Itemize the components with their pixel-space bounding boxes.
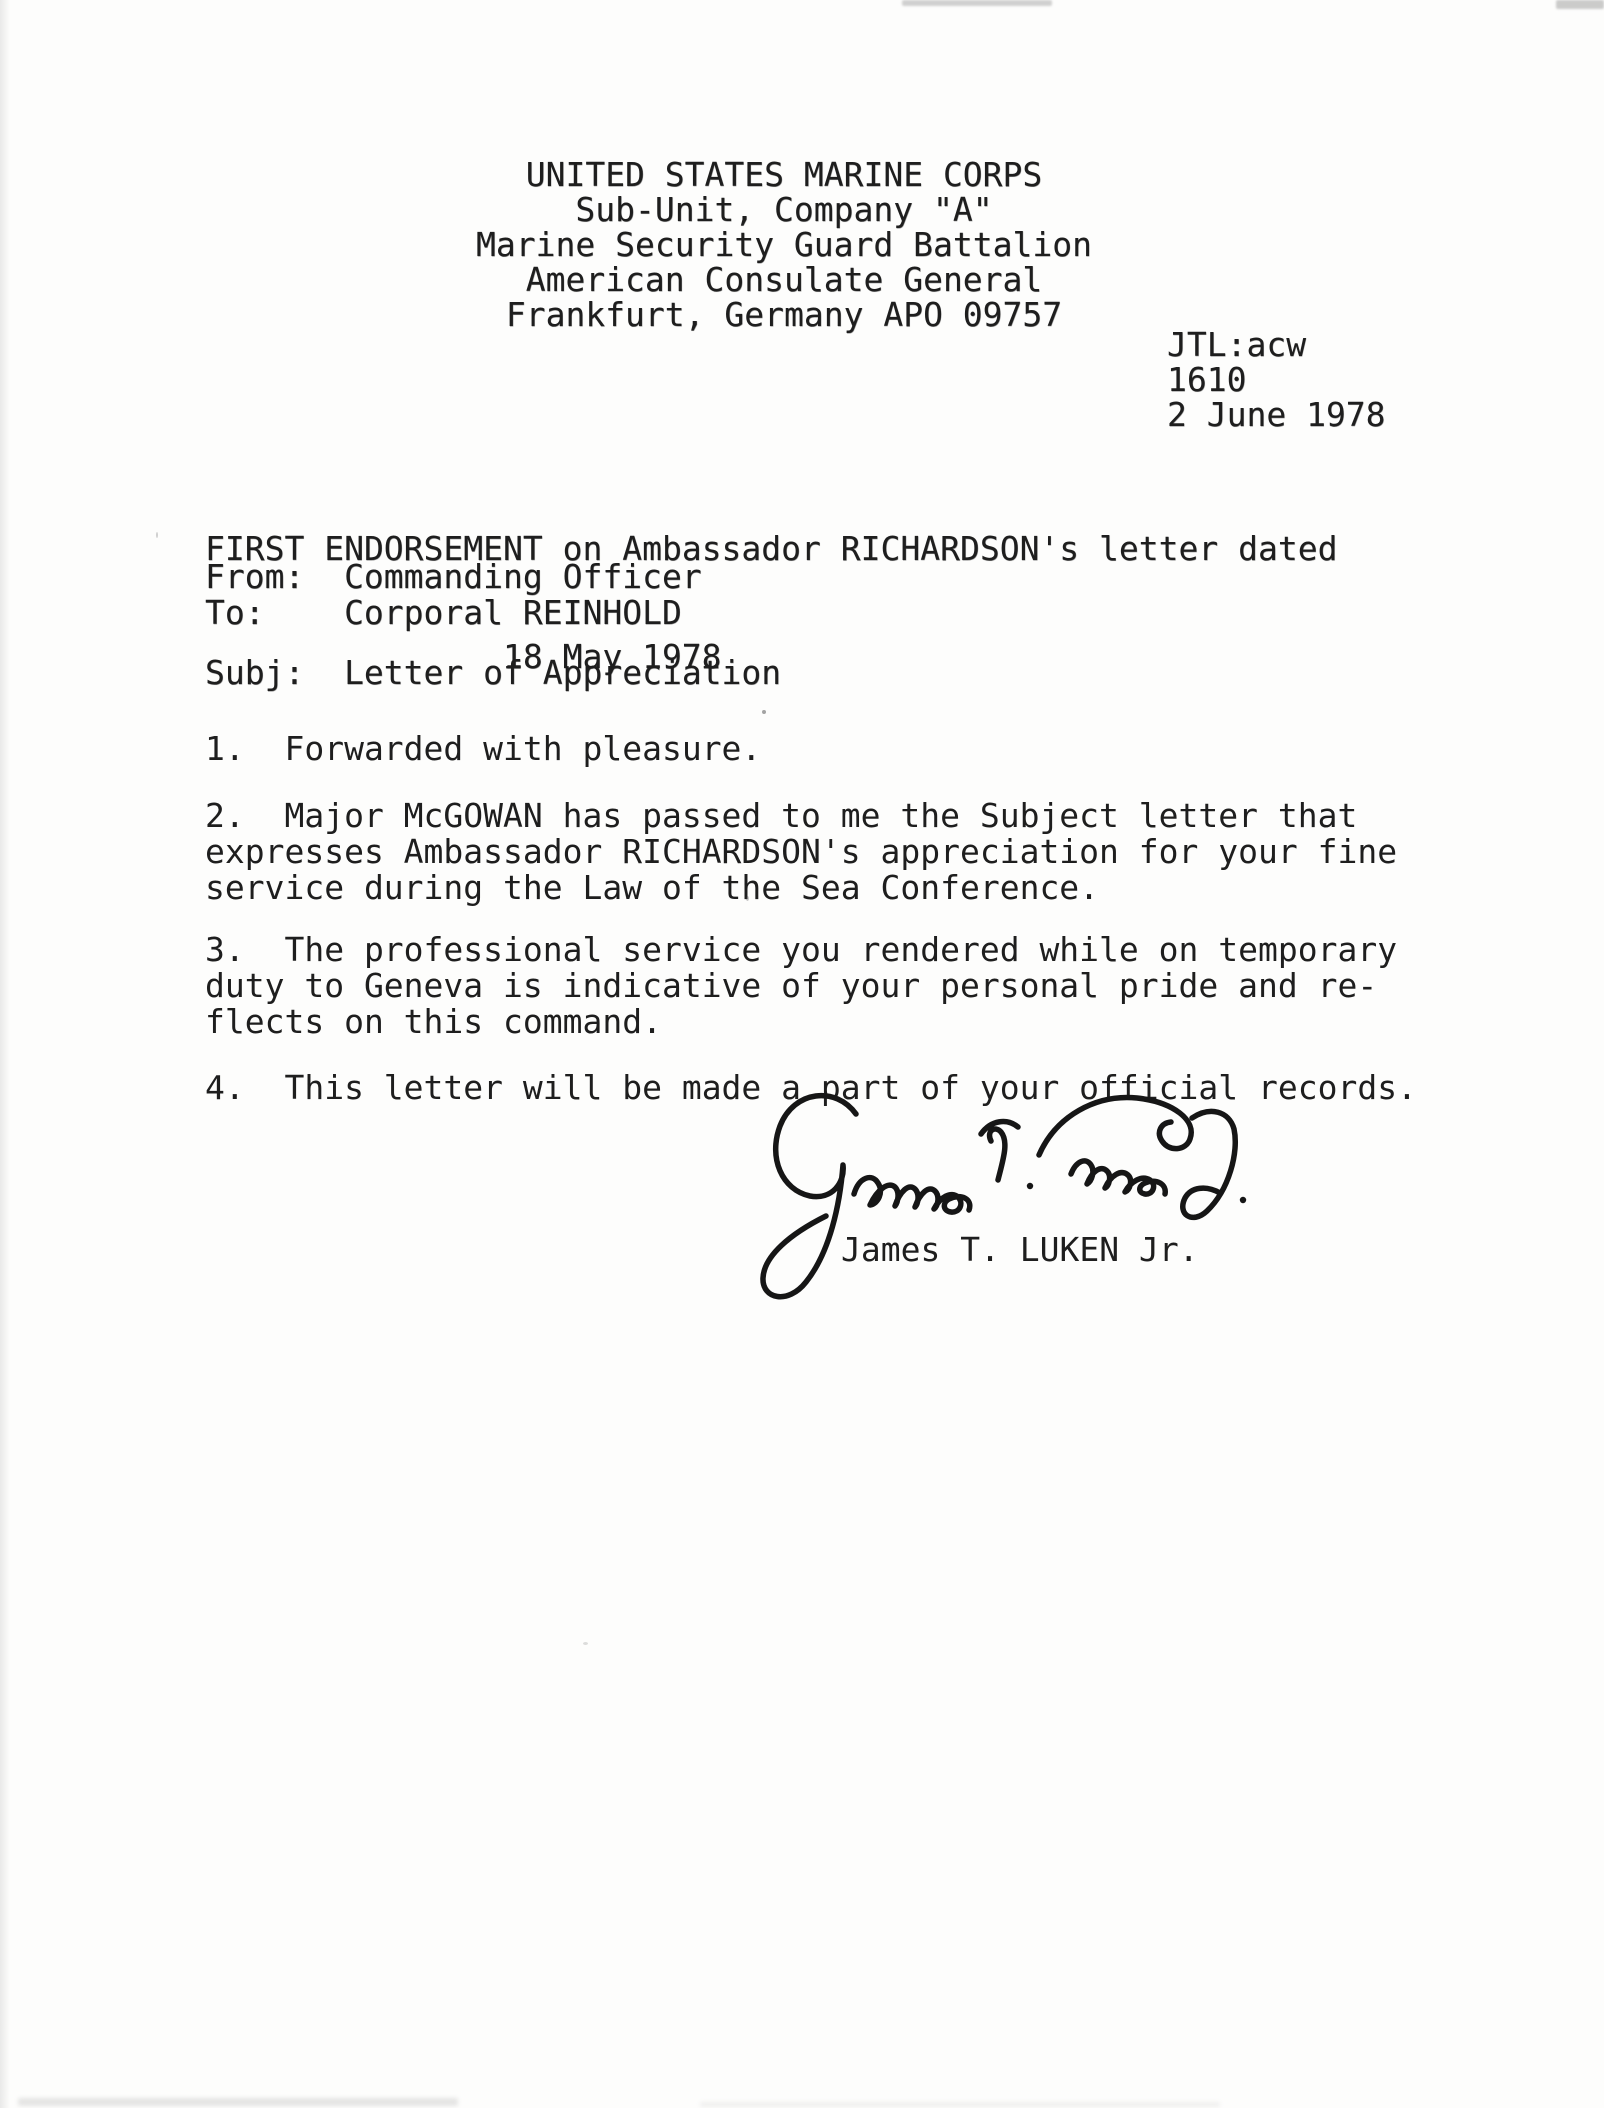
from-value: Commanding Officer: [344, 557, 702, 596]
letterhead-consulate: American Consulate General: [0, 262, 1568, 297]
reference-serial: 1610: [1167, 362, 1386, 397]
scanned-letter-page: UNITED STATES MARINE CORPS Sub-Unit, Com…: [0, 0, 1604, 2108]
scan-speck: [583, 1642, 588, 1645]
typed-signature-name: James T. LUKEN Jr.: [841, 1232, 1199, 1268]
scan-artifact: [18, 2098, 458, 2106]
signature-stroke-uken: [1071, 1161, 1165, 1194]
signature-final-dot: [1240, 1197, 1246, 1203]
from-line: From:Commanding Officer: [205, 559, 702, 595]
scan-speck: [156, 532, 158, 538]
scan-speck: [746, 896, 749, 901]
to-value: Corporal REINHOLD: [344, 593, 682, 632]
signature-stroke-ames: [854, 1178, 970, 1212]
subject-line: Subj:Letter of Appreciation: [205, 655, 781, 691]
from-label: From:: [205, 559, 344, 595]
signature-stroke-t: [981, 1122, 1018, 1180]
letterhead-subunit: Sub-Unit, Company "A": [0, 192, 1568, 227]
paragraph-4: 4. This letter will be made a part of yo…: [205, 1070, 1417, 1106]
scan-artifact: [902, 0, 1052, 6]
paragraph-2: 2. Major McGOWAN has passed to me the Su…: [205, 798, 1397, 906]
letterhead-battalion: Marine Security Guard Battalion: [0, 227, 1568, 262]
subject-label: Subj:: [205, 655, 344, 691]
address-block: From:Commanding Officer To:Corporal REIN…: [205, 559, 702, 631]
letterhead-organization: UNITED STATES MARINE CORPS: [0, 157, 1568, 192]
handwritten-signature: [740, 1082, 1260, 1317]
scan-artifact: [1556, 0, 1604, 9]
scan-speck: [762, 710, 766, 714]
to-label: To:: [205, 595, 344, 631]
subject-value: Letter of Appreciation: [344, 653, 781, 692]
letterhead: UNITED STATES MARINE CORPS Sub-Unit, Com…: [0, 157, 1568, 332]
reference-date: 2 June 1978: [1167, 397, 1386, 432]
scan-edge-shadow: [0, 0, 10, 2108]
signature-stroke-jr: [1183, 1111, 1235, 1217]
to-line: To:Corporal REINHOLD: [205, 595, 702, 631]
signature-t-dot: [1027, 1183, 1033, 1189]
scan-artifact: [700, 2102, 1220, 2107]
reference-initials: JTL:acw: [1167, 327, 1386, 362]
paragraph-3: 3. The professional service you rendered…: [205, 932, 1397, 1040]
reference-block: JTL:acw 1610 2 June 1978: [1167, 327, 1386, 432]
paragraph-1: 1. Forwarded with pleasure.: [205, 731, 761, 767]
